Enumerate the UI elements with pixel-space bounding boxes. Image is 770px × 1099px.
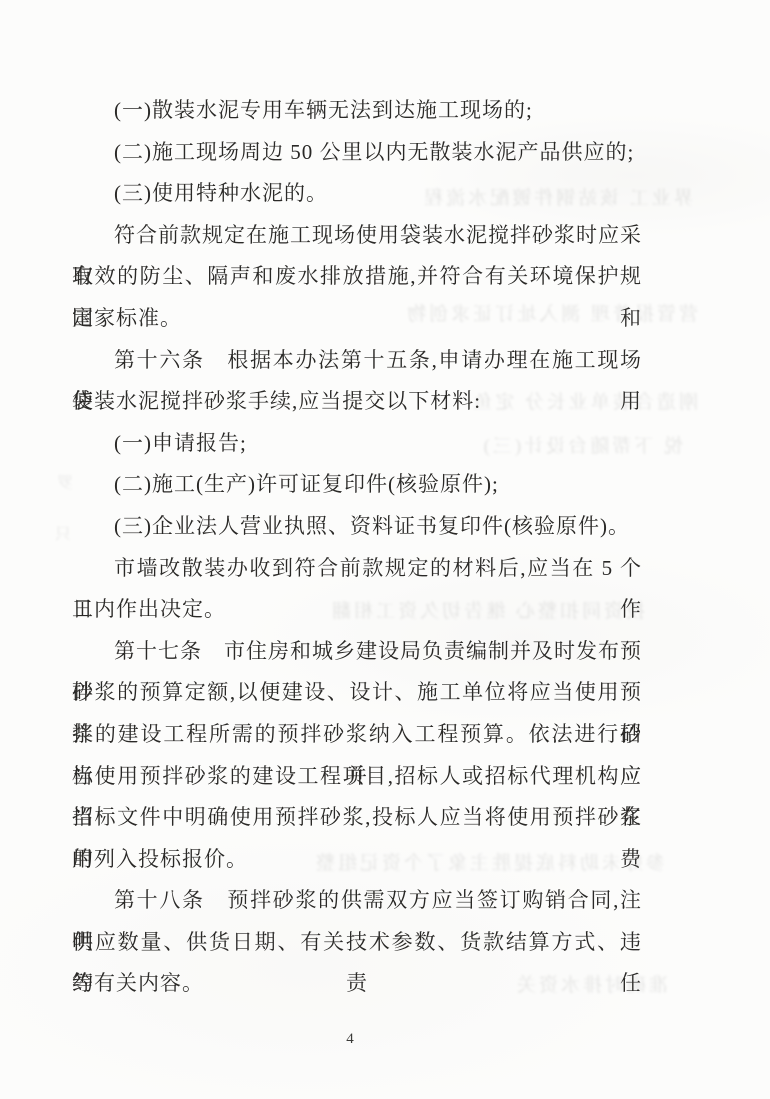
text-line: (二)施工(生产)许可证复印件(核验原件); bbox=[72, 464, 642, 506]
text-line: 符合前款规定在施工现场使用袋装水泥搅拌砂浆时应采取 bbox=[72, 215, 642, 257]
bleed-through-text: 只 bbox=[52, 521, 71, 544]
scanned-document-page: (一)散装水泥专用车辆无法到达施工现场的; (二)施工现场周边 50 公里以内无… bbox=[0, 0, 770, 1099]
text-line: (三)企业法人营业执照、资料证书复印件(核验原件)。 bbox=[72, 506, 642, 548]
page-number: 4 bbox=[330, 1031, 370, 1048]
text-line: (三)使用特种水泥的。 bbox=[72, 173, 642, 215]
bleed-through-text: 罗 bbox=[54, 470, 73, 493]
text-line: 第十八条 预拌砂浆的供需双方应当签订购销合同,注明 bbox=[72, 880, 642, 922]
text-line: 第十七条 市住房和城乡建设局负责编制并及时发布预拌 bbox=[72, 631, 642, 673]
text-line: 浆的建设工程所需的预拌砂浆纳入工程预算。依法进行招标并应 bbox=[72, 714, 642, 756]
text-line: (一)散装水泥专用车辆无法到达施工现场的; bbox=[72, 90, 642, 132]
text-line: (一)申请报告; bbox=[72, 423, 642, 465]
text-line: 砂浆的预算定额,以便建设、设计、施工单位将应当使用预拌砂 bbox=[72, 672, 642, 714]
text-line: 招标文件中明确使用预拌砂浆,投标人应当将使用预拌砂浆的费 bbox=[72, 797, 642, 839]
text-line: 市墙改散装办收到符合前款规定的材料后,应当在 5 个工作 bbox=[72, 548, 642, 590]
document-body: (一)散装水泥专用车辆无法到达施工现场的; (二)施工现场周边 50 公里以内无… bbox=[72, 90, 642, 1005]
text-line: 当使用预拌砂浆的建设工程项目,招标人或招标代理机构应当在 bbox=[72, 756, 642, 798]
text-line: 供应数量、供货日期、有关技术参数、货款结算方式、违约责任 bbox=[72, 922, 642, 964]
text-line: (二)施工现场周边 50 公里以内无散装水泥产品供应的; bbox=[72, 132, 642, 174]
text-line: 有效的防尘、隔声和废水排放措施,并符合有关环境保护规定和 bbox=[72, 256, 642, 298]
text-line: 第十六条 根据本办法第十五条,申请办理在施工现场使用 bbox=[72, 340, 642, 382]
